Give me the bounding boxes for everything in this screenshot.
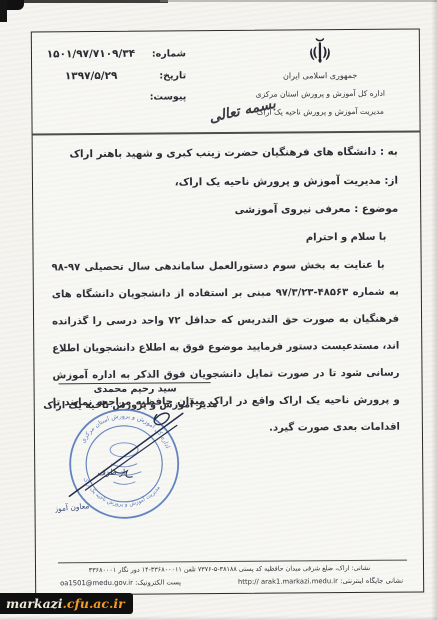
footer-email-value: oa1501@medu.gov.ir <box>60 579 133 588</box>
footer-website: نشانی جایگاه اینترنتی: http:// arak1.mar… <box>238 577 403 586</box>
footer-contact-line: پست الکترونیک: oa1501@medu.gov.ir نشانی … <box>60 577 403 588</box>
meta-attachment-value <box>36 100 146 101</box>
meta-number-label: شماره: <box>146 48 186 59</box>
footer-divider-line <box>58 560 407 564</box>
meta-number-value: ۱۵۰۱/۹۷/۷۱۰۹/۳۴ <box>36 48 146 61</box>
meta-date-value: ۱۳۹۷/۵/۲۹ <box>36 70 146 83</box>
watermark-part2: .cfu.ac.ir <box>63 596 125 611</box>
from-text: مدیریت آموزش و پرورش ناحیه یک اراک، <box>175 175 381 189</box>
scan-artifact-top-line-faint <box>160 0 437 2</box>
handwriting-onbehalf: از طرف <box>98 468 126 477</box>
site-watermark: markazi.cfu.ac.ir <box>0 593 133 614</box>
letterhead-org-line1: اداره کل آموزش و پرورش استان مرکزی <box>235 89 405 99</box>
scan-artifact-top-line <box>0 0 168 3</box>
footer-website-label: نشانی جایگاه اینترنتی: <box>340 577 403 585</box>
to-text: دانشگاه های فرهنگیان حضرت زینب کبری و شه… <box>69 146 376 160</box>
subject-label: موضوع : <box>354 203 398 215</box>
to-label: به : <box>380 146 398 158</box>
scan-artifact-bottom-shadow <box>0 616 437 620</box>
meta-row-attachment: پیوست: <box>36 91 186 103</box>
from-line: از: مدیریت آموزش و پرورش ناحیه یک اراک، <box>175 175 398 189</box>
from-label: از: <box>384 175 398 187</box>
meta-attachment-label: پیوست: <box>146 91 186 102</box>
letter-border-frame: جمهوری اسلامی ایران اداره کل آموزش و پرو… <box>31 28 424 595</box>
scanned-letter-page: { "letterhead": { "country": "جمهوری اسل… <box>0 0 437 620</box>
subject-line: موضوع : معرفی نیروی آموزشی <box>234 203 398 216</box>
meta-date-label: تاریخ: <box>146 70 186 81</box>
stamp-inner-emblem <box>107 443 141 485</box>
handwriting-deputy: معاون آموزش <box>55 500 90 514</box>
scan-artifact-right-shadow <box>431 0 437 620</box>
letter-meta-block: شماره: ۱۵۰۱/۹۷/۷۱۰۹/۳۴ تاریخ: ۱۳۹۷/۵/۲۹ … <box>36 47 187 113</box>
footer-address-line: نشانی: اراک، ضلع شرقی میدان حافظیه کد پس… <box>46 564 413 575</box>
meta-row-number: شماره: ۱۵۰۱/۹۷/۷۱۰۹/۳۴ <box>36 47 186 60</box>
scan-artifact-left-edge <box>0 0 7 22</box>
footer-email: پست الکترونیک: oa1501@medu.gov.ir <box>60 578 181 587</box>
official-stamp: اداره کل آموزش و پرورش استان مرکزی مدیری… <box>55 391 194 532</box>
footer-website-value: http:// arak1.markazi.medu.ir <box>238 577 338 586</box>
letterhead-country: جمهوری اسلامی ایران <box>235 71 405 81</box>
to-line: به : دانشگاه های فرهنگیان حضرت زینب کبری… <box>69 146 397 161</box>
header-divider-line <box>33 130 420 135</box>
subject-text: معرفی نیروی آموزشی <box>234 203 350 216</box>
watermark-part1: markazi <box>6 596 63 611</box>
salutation: با سلام و احترام <box>306 232 387 244</box>
letter-body: به : دانشگاه های فرهنگیان حضرت زینب کبری… <box>49 142 398 145</box>
meta-row-date: تاریخ: ۱۳۹۷/۵/۲۹ <box>36 69 186 82</box>
footer-email-label: پست الکترونیک: <box>135 578 181 586</box>
iran-emblem-icon <box>307 35 333 65</box>
